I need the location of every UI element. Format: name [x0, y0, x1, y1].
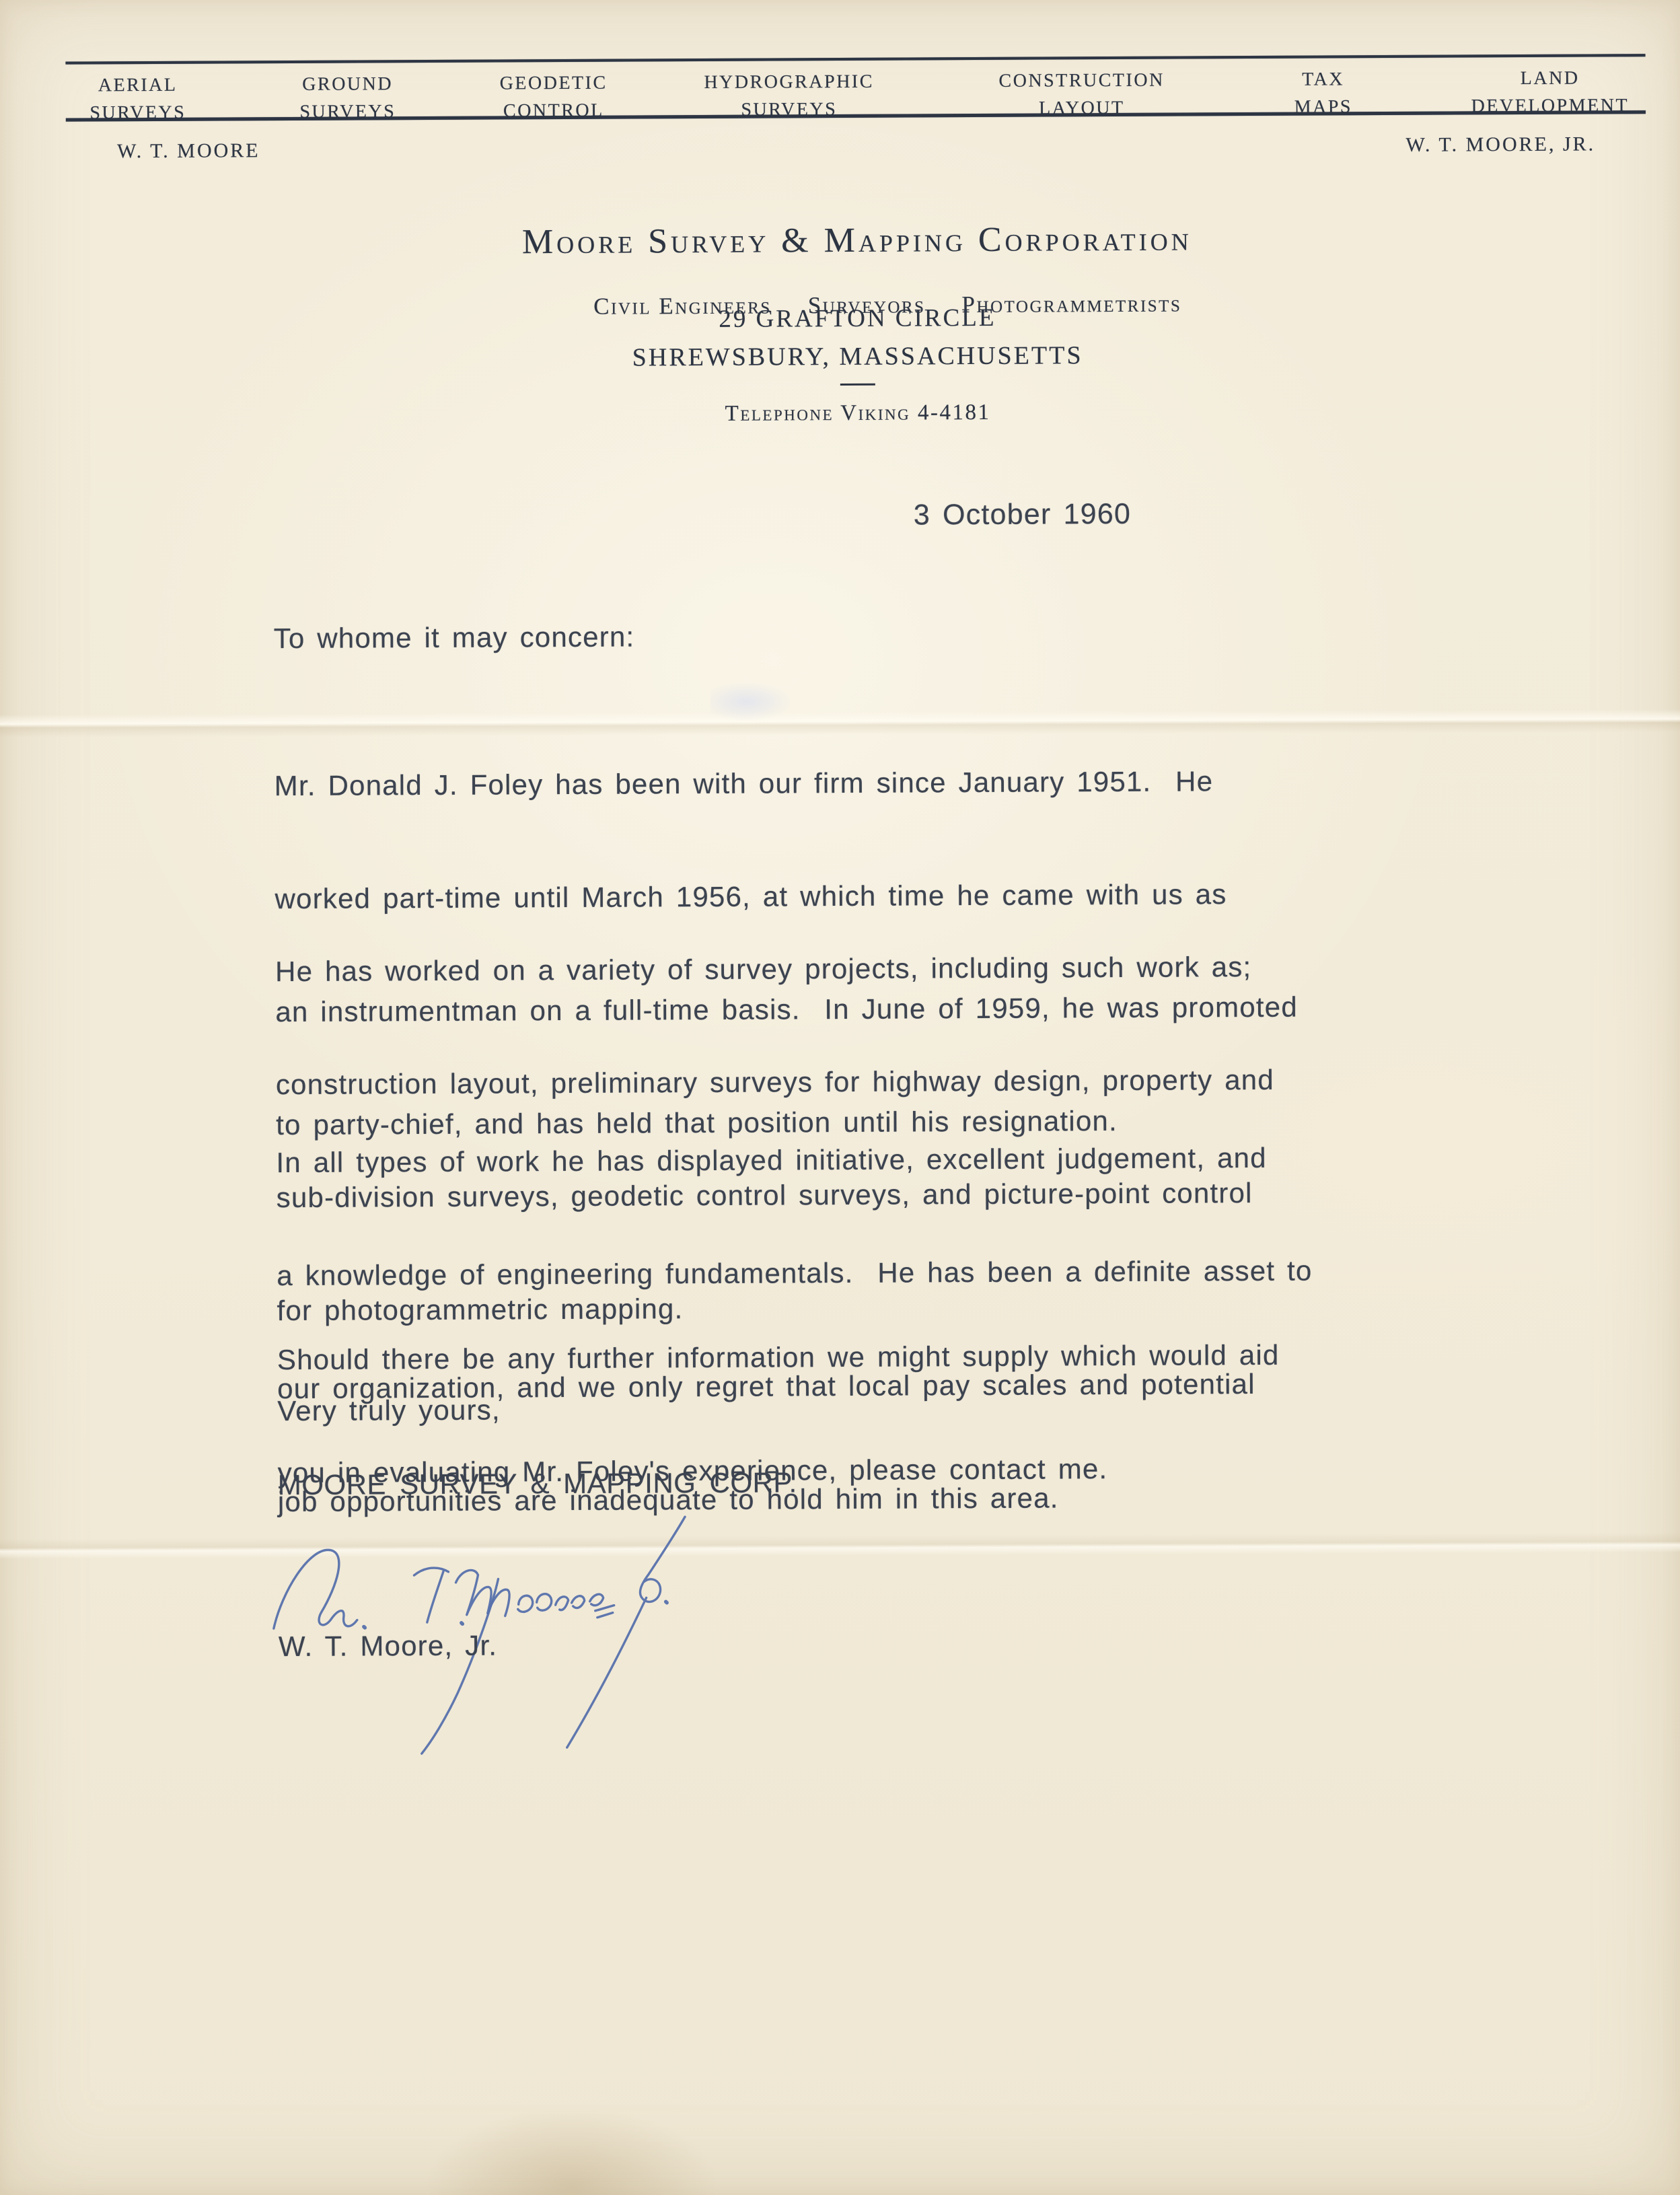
closing-valediction: Very truly yours, [277, 1391, 501, 1430]
signature-period [666, 1602, 667, 1603]
date-line: 3 October 1960 [914, 498, 1131, 532]
service-line1: LAND [1521, 68, 1580, 89]
letterhead-divider-dash [840, 384, 875, 386]
letterhead: AERIALSURVEYS GROUNDSURVEYS GEODETICCONT… [0, 0, 1679, 4]
telephone-line: Telephone Viking 4-4181 [725, 400, 991, 427]
signature-oo-stroke [518, 1594, 552, 1612]
paragraph-line: Mr. Donald J. Foley has been with our fi… [275, 762, 1297, 805]
paragraph-line: He has worked on a variety of survey pro… [275, 948, 1274, 991]
principal-w-t-moore-jr: W. T. MOORE, JR. [1405, 133, 1595, 157]
salutation: To whome it may concern: [274, 618, 635, 658]
letter-body: 3 October 1960 To whome it may concern: … [0, 0, 1679, 4]
signature-e-flourish [590, 1594, 614, 1618]
scanned-letter-page: AERIALSURVEYS GROUNDSURVEYS GEODETICCONT… [0, 0, 1680, 2195]
typed-signer-name: W. T. Moore, Jr. [279, 1627, 497, 1666]
letter-content: AERIALSURVEYS GROUNDSURVEYS GEODETICCONT… [0, 0, 1680, 2195]
signature-t-stroke [414, 1568, 448, 1622]
service-line1: TAX [1302, 69, 1344, 89]
letterhead-top-rule [65, 54, 1645, 64]
signature-period [462, 1623, 463, 1624]
address-street: 29 GRAFTON CIRCLE [719, 303, 996, 334]
service-line1: HYDROGRAPHIC [704, 71, 874, 93]
service-line1: GEODETIC [500, 73, 608, 94]
signature-re-stroke [556, 1596, 585, 1610]
paragraph-line: In all types of work he has displayed in… [276, 1139, 1311, 1182]
address-city-state: SHREWSBURY, MASSACHUSETTS [632, 340, 1083, 372]
signature-m-stroke [455, 1570, 509, 1616]
paragraph-line: Should there be any further information … [277, 1336, 1280, 1379]
service-line1: AERIAL [98, 75, 178, 96]
company-name: Moore Survey & Mapping Corporation [522, 219, 1192, 262]
typewriter-correction-smudge [710, 682, 790, 721]
principal-w-t-moore: W. T. MOORE [117, 139, 260, 163]
service-line1: CONSTRUCTION [998, 70, 1164, 92]
signature-jr-flourish [566, 1517, 686, 1748]
service-line1: GROUND [302, 73, 393, 95]
signature-company-line: MOORE SURVEY & MAPPING CORP. [278, 1464, 797, 1504]
signature-w-stroke [273, 1550, 357, 1628]
